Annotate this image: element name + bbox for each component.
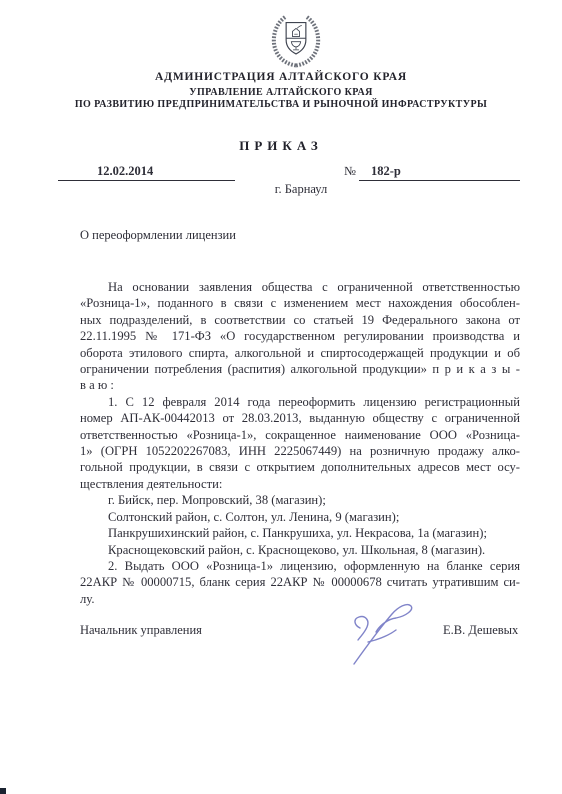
order-date: 12.02.2014 bbox=[58, 164, 235, 181]
body-lines: На основании заявления общества с ограни… bbox=[80, 279, 520, 607]
document-page: АДМИНИСТРАЦИЯ АЛТАЙСКОГО КРАЯ УПРАВЛЕНИЕ… bbox=[0, 0, 562, 794]
body-line: номер АП-АК-00442013 от 28.03.2013, выда… bbox=[80, 410, 520, 426]
org-name-administration: АДМИНИСТРАЦИЯ АЛТАЙСКОГО КРАЯ bbox=[0, 71, 562, 83]
body-line: Солтонский район, с. Солтон, ул. Ленина,… bbox=[80, 509, 520, 525]
org-name-department-line2: ПО РАЗВИТИЮ ПРЕДПРИНИМАТЕЛЬСТВА И РЫНОЧН… bbox=[0, 99, 562, 110]
body-line: ществления деятельности: bbox=[80, 476, 520, 492]
body-line: 22АКР № 00000715, бланк серия 22АКР № 00… bbox=[80, 574, 520, 590]
body-line: лу. bbox=[80, 591, 520, 607]
order-number: 182-р bbox=[359, 164, 520, 181]
body-line: 1» (ОГРН 1052202267083, ИНН 2225067449) … bbox=[80, 443, 520, 459]
body-line: Панкрушихинский район, с. Панкрушиха, ул… bbox=[80, 525, 520, 541]
scan-artifact bbox=[0, 788, 6, 794]
body-line: гольной продукции, в связи с открытием д… bbox=[80, 459, 520, 475]
body-line: ответственностью «Розница-1», сокращенно… bbox=[80, 427, 520, 443]
body-line: 2. Выдать ООО «Розница-1» лицензию, офор… bbox=[80, 558, 520, 574]
signatory-position: Начальник управления bbox=[80, 623, 202, 638]
body-line: 22.11.1995 № 171-ФЗ «О государственном р… bbox=[80, 328, 520, 344]
body-line: Краснощековский район, с. Краснощеково, … bbox=[80, 542, 520, 558]
body-line: ограничении потребления (распития) алког… bbox=[80, 361, 520, 377]
order-subject: О переоформлении лицензии bbox=[80, 228, 236, 243]
signatory-name: Е.В. Дешевых bbox=[443, 623, 518, 638]
body-line: ных подразделений, в соответствии со ста… bbox=[80, 312, 520, 328]
order-city: г. Барнаул bbox=[20, 182, 562, 197]
doc-type-title: ПРИКАЗ bbox=[0, 138, 562, 154]
body-line: оборота этилового спирта, алкогольной и … bbox=[80, 345, 520, 361]
order-number-label: № bbox=[344, 164, 356, 179]
org-name-department-line1: УПРАВЛЕНИЕ АЛТАЙСКОГО КРАЯ bbox=[0, 87, 562, 98]
altai-krai-coat-of-arms-icon bbox=[265, 11, 327, 69]
body-line: г. Бийск, пер. Мопровский, 38 (магазин); bbox=[80, 492, 520, 508]
body-line: «Розница-1», поданного в связи с изменен… bbox=[80, 295, 520, 311]
body-line: в а ю : bbox=[80, 377, 520, 393]
body-line: 1. С 12 февраля 2014 года переоформить л… bbox=[80, 394, 520, 410]
handwritten-signature-icon bbox=[350, 598, 416, 672]
body-line: На основании заявления общества с ограни… bbox=[80, 279, 520, 295]
